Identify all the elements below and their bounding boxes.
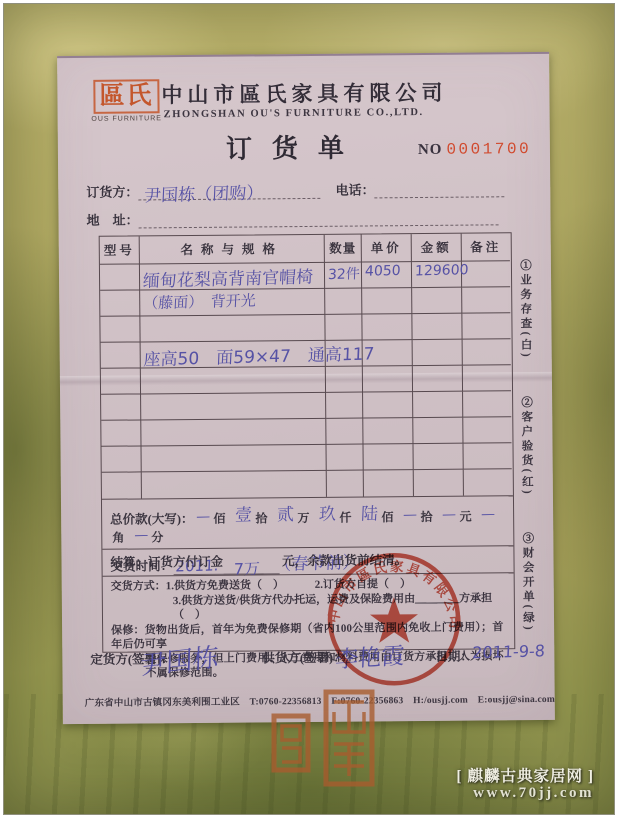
settlement-prefix: 结算：订货方付订金	[110, 555, 223, 570]
delivery-option-1: 交货方式：1.供货方免费送货（ ）	[111, 579, 284, 593]
watermark-url: www.70jj.com	[456, 785, 594, 802]
company-stamp: 中山市區氏家具有限公司	[317, 541, 470, 694]
phone-underline	[375, 183, 505, 198]
stamp-star-icon	[370, 597, 418, 643]
item-qty-handwriting: 32件	[328, 263, 361, 284]
deposit-underline: 7万	[223, 560, 279, 574]
company-name-cn: 中山市區氏家具有限公司	[161, 77, 447, 109]
capital-digit: 贰	[277, 500, 295, 525]
item-name-handwriting: 缅甸花梨高背南官帽椅	[142, 262, 313, 291]
table-header-row: 型号 名称与规格 数量 单价 金额 备注	[100, 233, 511, 265]
site-watermark: [ 麒麟古典家居网 ] www.70jj.com	[456, 768, 594, 802]
orderer-label: 订货方：	[86, 184, 138, 199]
item-amount-handwriting: 129600	[415, 262, 469, 279]
capital-unit: 元	[459, 510, 471, 524]
capital-unit: 拾	[255, 511, 267, 525]
form-title: 订货单	[226, 127, 364, 165]
table-row	[102, 443, 513, 473]
address-underline	[138, 211, 498, 228]
col-name-spec: 名称与规格	[140, 235, 325, 265]
col-amount: 金额	[412, 234, 462, 262]
fabric-background: 區氏 OUS FURNITURE 中山市區氏家具有限公司 ZHONGSHAN O…	[3, 3, 615, 815]
seal-watermark	[270, 688, 378, 788]
capital-digit: —	[442, 507, 457, 523]
capital-digit: 壹	[235, 500, 253, 525]
capital-unit: 仟	[339, 511, 351, 525]
table-row	[101, 391, 512, 421]
copy-note-red: ②客户验货(红)	[518, 396, 535, 526]
col-note: 备注	[462, 233, 510, 261]
col-qty: 数量	[325, 235, 362, 263]
order-form-paper: 區氏 OUS FURNITURE 中山市區氏家具有限公司 ZHONGSHAN O…	[57, 52, 555, 724]
capital-unit: 佰	[213, 512, 225, 526]
serial-label: NO	[418, 142, 443, 158]
orderer-handwriting: 尹国栋（团购）	[144, 178, 264, 206]
copy-note-white: ①业务存查(白)	[517, 259, 534, 389]
address-row: 地 址：	[86, 206, 498, 229]
capital-unit: 佰	[381, 510, 393, 524]
logo-caption: OUS FURNITURE	[88, 115, 166, 123]
capital-digit: —	[134, 527, 149, 543]
item-price-handwriting: 4050	[365, 263, 401, 280]
phone-label: 电话：	[335, 182, 374, 197]
company-name-en: ZHONGSHAN OU'S FURNITURE CO.,LTD.	[164, 107, 424, 120]
address-label: 地 址：	[86, 212, 138, 227]
table-row: （藤面） 背开光	[100, 287, 511, 317]
table-row: 缅甸花梨高背南官帽椅 32件 4050 129600	[100, 261, 511, 291]
watermark-site-name: [ 麒麟古典家居网 ]	[456, 768, 594, 785]
capital-unit: 拾	[420, 510, 432, 524]
total-label: 总价款(大写)：	[110, 512, 193, 527]
table-row: 座高50 面59×47 通高117	[101, 339, 512, 369]
capital-digit: 陆	[361, 499, 379, 524]
serial-number: NO 0001700	[418, 140, 531, 159]
orderer-row: 订货方：尹国栋（团购） 电话：	[86, 178, 504, 201]
logo-seal-icon: 區氏	[93, 79, 159, 114]
col-model: 型号	[100, 236, 140, 264]
date-handwriting: 2011-9-8	[472, 641, 546, 662]
orderer-underline: 尹国栋（团购）	[138, 185, 320, 201]
table-row	[100, 313, 511, 343]
company-logo: 區氏 OUS FURNITURE	[87, 79, 165, 123]
capital-digit: —	[403, 507, 418, 523]
capital-digit: 玖	[319, 500, 337, 525]
capital-unit: 角	[112, 531, 124, 545]
photo-frame: 區氏 OUS FURNITURE 中山市區氏家具有限公司 ZHONGSHAN O…	[0, 0, 618, 818]
table-row	[101, 417, 512, 447]
capital-unit: 万	[297, 511, 309, 525]
serial-value: 0001700	[446, 140, 531, 159]
capital-digit: —	[481, 506, 496, 522]
col-unit-price: 单价	[362, 234, 412, 262]
capital-unit: 分	[151, 530, 163, 544]
table-row	[102, 469, 513, 499]
item-name-handwriting: （藤面） 背开光	[143, 289, 257, 313]
capital-digit: —	[196, 509, 211, 525]
